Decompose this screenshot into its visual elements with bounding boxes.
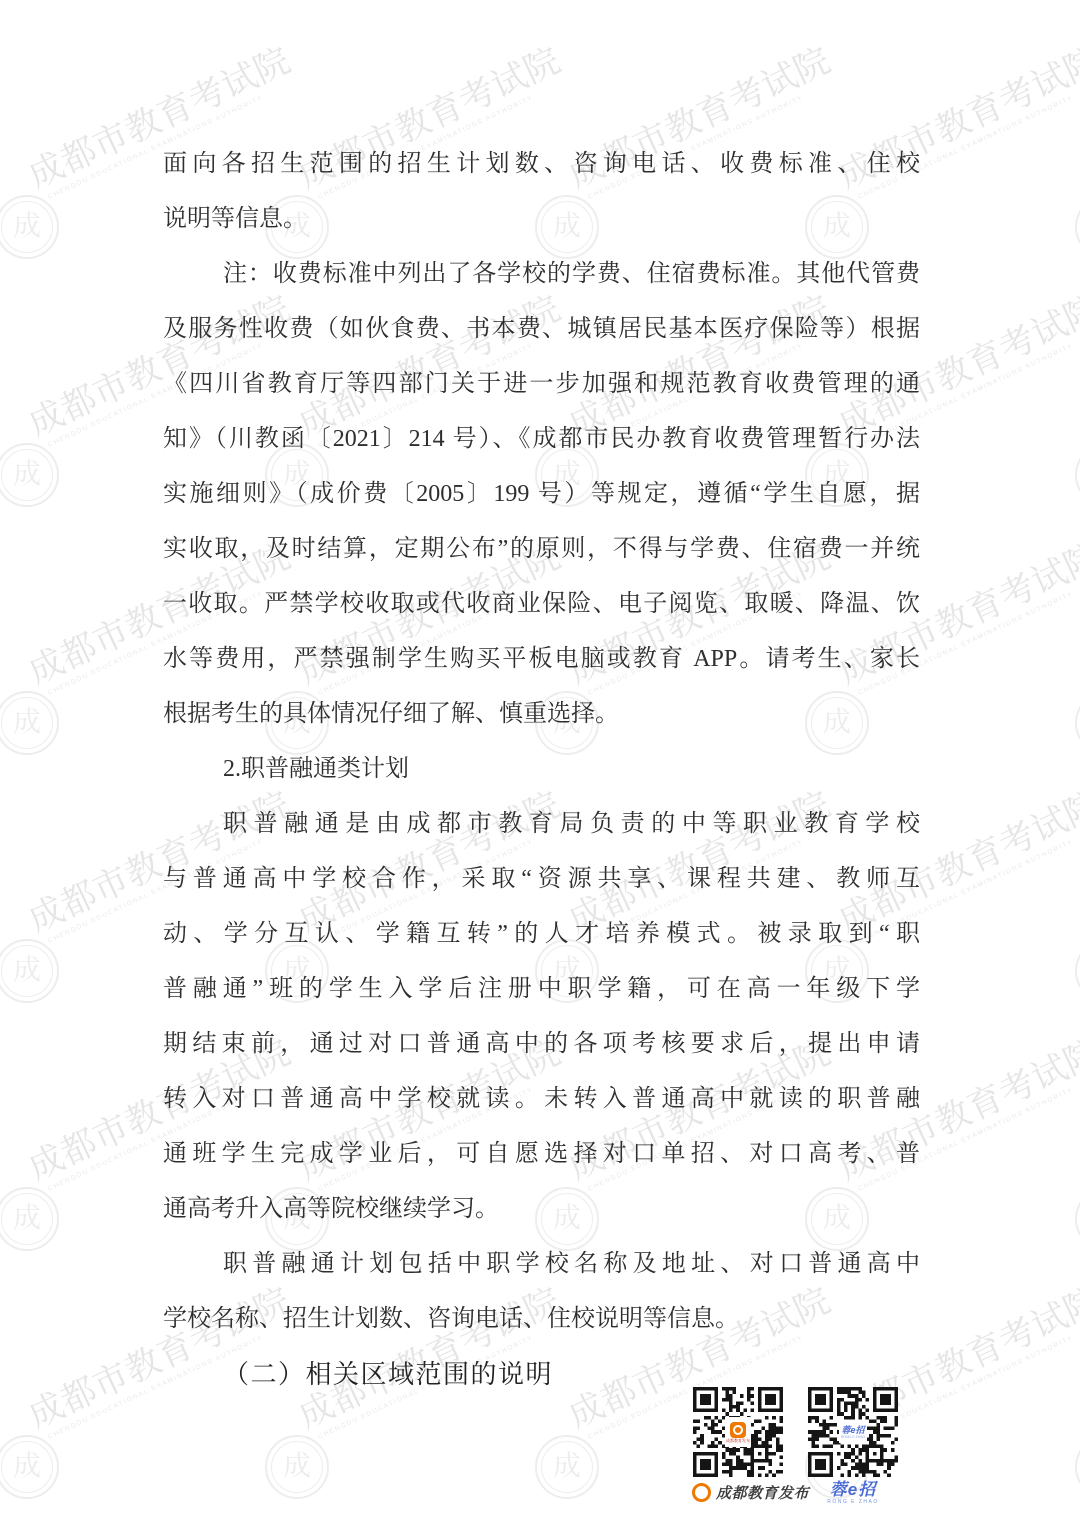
watermark-seal-glyph: 成 [1, 449, 53, 501]
watermark-seal-glyph: 成 [1, 945, 53, 997]
qr-center-logo-chengdu-education: 成都教育发布 [725, 1417, 751, 1447]
document-page: 成都市教育考试院CHENGDU EDUCATIONAL EXAMINATIONS… [0, 0, 1080, 1527]
text-line: 通班学生完成学业后，可自愿选择对口单招、对口高考、普 [163, 1127, 920, 1182]
text-line: 动、学分互认、学籍互转”的人才培养模式。被录取到“职 [163, 907, 920, 962]
qr-label-chengdu-education-release: 成都教育发布 [692, 1482, 809, 1503]
watermark-seal-glyph: 成 [1, 697, 53, 749]
qr-code-chengdu-education-release: 成都教育发布 [693, 1387, 783, 1477]
qr-logo-caption: 成都教育发布 [726, 1438, 750, 1443]
watermark-seal-icon: 成 [535, 1435, 599, 1499]
text-line: 说明等信息。 [163, 192, 920, 247]
watermark-seal-icon: 成 [0, 939, 59, 1003]
text-line: 期结束前，通过对口普通高中的各项考核要求后，提出申请 [163, 1017, 920, 1072]
watermark-seal-icon: 成 [1075, 443, 1080, 507]
watermark-seal-icon: 成 [0, 1435, 59, 1499]
watermark-seal-icon: 成 [1075, 939, 1080, 1003]
qr-center-logo-rong-e-zhao: 蓉e招 RONG E ZHAO [839, 1421, 867, 1443]
text-line: 与普通高中学校合作，采取“资源共享、课程共建、教师互 [163, 852, 920, 907]
rong-e-zhao-wordmark: 蓉e招 [813, 1481, 893, 1499]
qr-code-rong-e-zhao: 蓉e招 RONG E ZHAO [808, 1387, 898, 1477]
watermark-seal-icon: 成 [1075, 195, 1080, 259]
watermark-seal-icon: 成 [1075, 1435, 1080, 1499]
text-line: 实收取，及时结算，定期公布”的原则，不得与学费、住宿费一并统 [163, 522, 920, 577]
watermark-seal-icon: 成 [1075, 691, 1080, 755]
text-line: 《四川省教育厅等四部门关于进一步加强和规范教育收费管理的通 [163, 357, 920, 412]
watermark-seal-glyph: 成 [1, 201, 53, 253]
watermark-seal-icon: 成 [0, 691, 59, 755]
watermark-seal-icon: 成 [1075, 1187, 1080, 1251]
text-line: 注：收费标准中列出了各学校的学费、住宿费标准。其他代管费 [163, 247, 920, 302]
watermark-seal-icon: 成 [0, 195, 59, 259]
text-line: 普融通”班的学生入学后注册中职学籍，可在高一年级下学 [163, 962, 920, 1017]
text-line: 根据考生的具体情况仔细了解、慎重选择。 [163, 687, 920, 742]
orange-badge-icon [730, 1422, 746, 1438]
text-line: 及服务性收费（如伙食费、书本费、城镇居民基本医疗保险等）根据 [163, 302, 920, 357]
watermark-seal-icon: 成 [0, 1187, 59, 1251]
rong-e-zhao-logo-sub: RONG E ZHAO [841, 1435, 866, 1439]
text-line: 知》（川教函〔2021〕214 号）、《成都市民办教育收费管理暂行办法 [163, 412, 920, 467]
text-line: 学校名称、招生计划数、咨询电话、住校说明等信息。 [163, 1292, 920, 1347]
rong-e-zhao-wordmark-sub: RONG E ZHAO [813, 1499, 893, 1506]
text-line: 通高考升入高等院校继续学习。 [163, 1182, 920, 1237]
text-line: 水等费用，严禁强制学生购买平板电脑或教育 APP。请考生、家长 [163, 632, 920, 687]
text-line: 职普融通计划包括中职学校名称及地址、对口普通高中 [163, 1237, 920, 1292]
section-heading: （二）相关区域范围的说明 [163, 1347, 920, 1402]
watermark-seal-icon: 成 [265, 1435, 329, 1499]
orange-ring-icon [692, 1483, 711, 1502]
text-line: 面向各招生范围的招生计划数、咨询电话、收费标准、住校 [163, 137, 920, 192]
text-line: 实施细则》（成价费〔2005〕199 号）等规定，遵循“学生自愿，据 [163, 467, 920, 522]
qr-label-text: 成都教育发布 [716, 1482, 809, 1503]
text-line: 一收取。严禁学校收取或代收商业保险、电子阅览、取暖、降温、饮 [163, 577, 920, 632]
watermark-seal-glyph: 成 [1, 1441, 53, 1493]
watermark-seal-icon: 成 [0, 443, 59, 507]
text-line: 职普融通是由成都市教育局负责的中等职业教育学校 [163, 797, 920, 852]
text-line: 转入对口普通高中学校就读。未转入普通高中就读的职普融 [163, 1072, 920, 1127]
qr-label-rong-e-zhao: 蓉e招 RONG E ZHAO [813, 1481, 893, 1506]
watermark-seal-glyph: 成 [541, 1441, 593, 1493]
rong-e-zhao-logo: 蓉e招 [841, 1425, 864, 1435]
text-line: 2.职普融通类计划 [163, 742, 920, 797]
watermark-seal-glyph: 成 [1, 1193, 53, 1245]
watermark-seal-glyph: 成 [271, 1441, 323, 1493]
